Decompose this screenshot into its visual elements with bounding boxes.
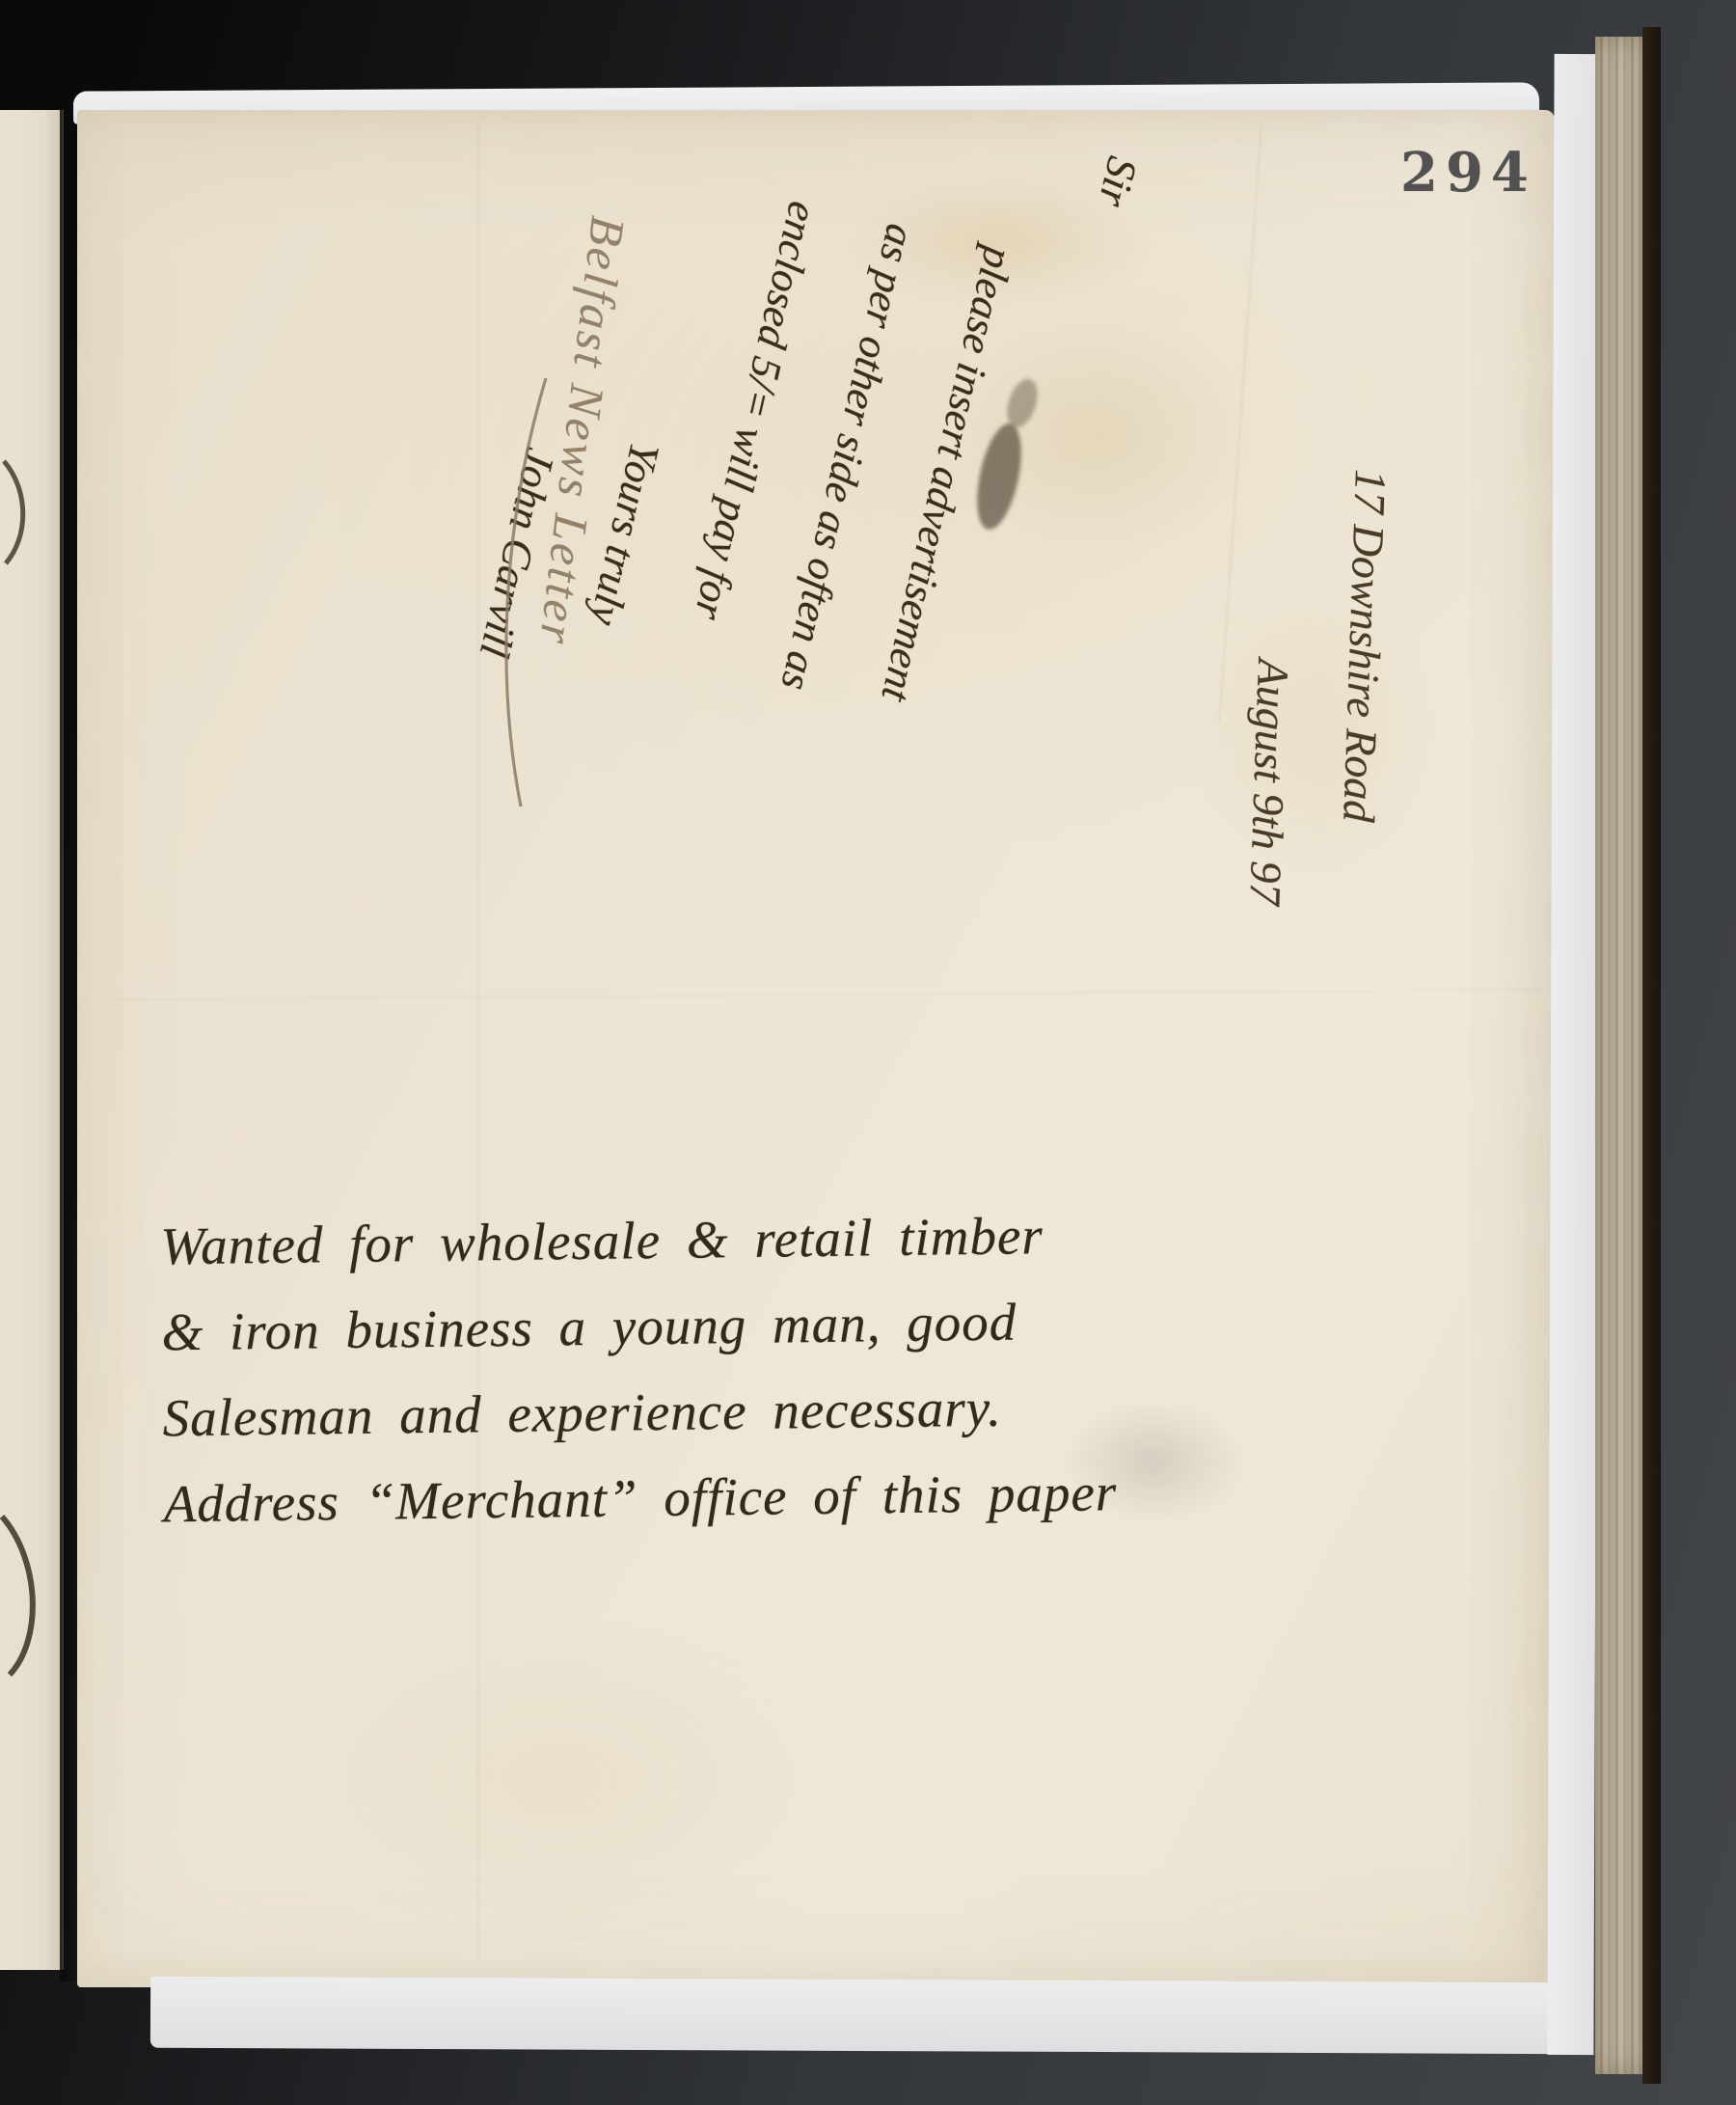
book-fore-edge bbox=[1547, 54, 1600, 2055]
stain bbox=[289, 1621, 829, 1939]
letter-address-block: 17 Downshire Road August 9th 97 bbox=[1219, 464, 1416, 910]
book-cover-edge bbox=[1642, 27, 1661, 2084]
address-line: 17 Downshire Road bbox=[1310, 468, 1416, 911]
advert-line: Address “Merchant” office of this paper bbox=[163, 1443, 1640, 1547]
date-line: August 9th 97 bbox=[1219, 464, 1325, 907]
page-number-stamp: 294 bbox=[1400, 141, 1536, 205]
page-scan: { "page_number": "294", "colors": { "ink… bbox=[0, 0, 1736, 2105]
book-page-block-edge bbox=[1595, 37, 1645, 2074]
facing-page-edge bbox=[0, 110, 64, 1970]
advert-paragraph: Wanted for wholesale & retail timber & i… bbox=[160, 1186, 1640, 1547]
page-bottom-edge bbox=[150, 1977, 1589, 2055]
